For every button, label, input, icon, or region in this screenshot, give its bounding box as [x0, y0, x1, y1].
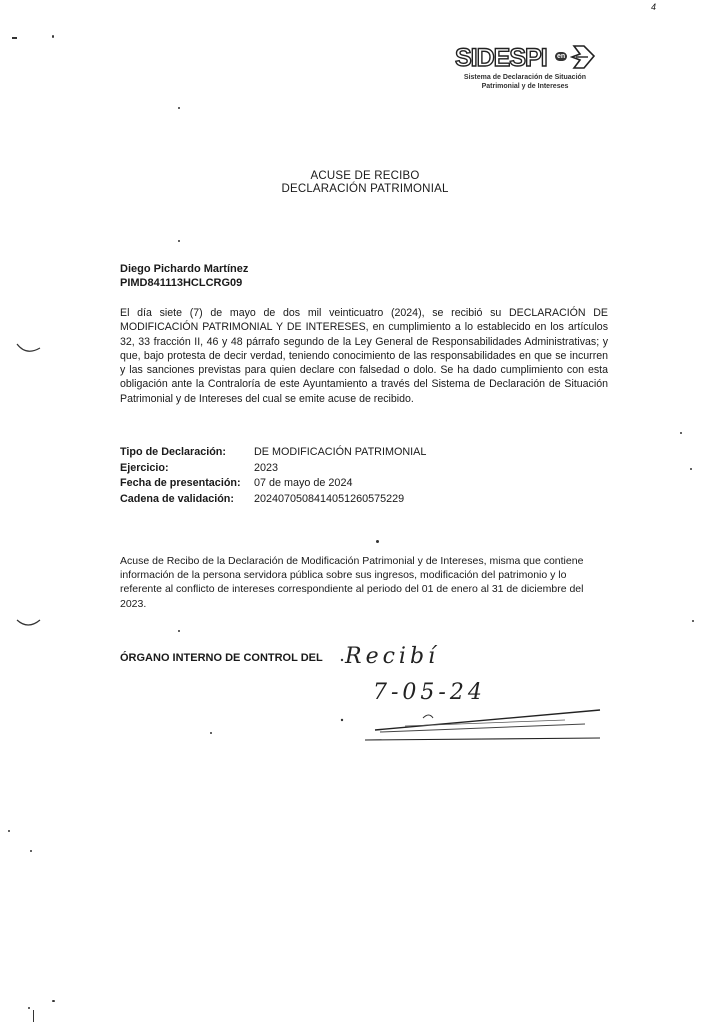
logo-text: SIDESPI [455, 44, 547, 72]
field-label: Ejercicio: [120, 461, 254, 477]
declarant-name: Diego Pichardo Martínez [120, 262, 248, 276]
logo-subtitle-line1: Sistema de Declaración de Situación [455, 73, 595, 82]
scan-speck [210, 732, 212, 734]
scan-speck [52, 1000, 55, 1002]
page-marker: 4 [651, 2, 656, 12]
scan-speck [33, 1010, 34, 1022]
logo-subtitle: Sistema de Declaración de Situación Patr… [455, 73, 595, 91]
logo-arrow-icon [570, 42, 598, 72]
field-row-tipo: Tipo de Declaración: DE MODIFICACIÓN PAT… [120, 445, 426, 461]
field-row-fecha: Fecha de presentación: 07 de mayo de 202… [120, 476, 426, 492]
document-title: ACUSE DE RECIBO DECLARACIÓN PATRIMONIAL [240, 170, 490, 196]
logo-badge: en [555, 52, 567, 61]
declarant-rfc: PIMD841113HCLCRG09 [120, 276, 248, 290]
scan-speck [692, 620, 694, 622]
logo-wordmark: SIDESPI [455, 44, 547, 73]
binding-hole-mark [14, 340, 44, 360]
scan-speck [178, 107, 180, 109]
scan-speck [8, 830, 10, 832]
scan-speck [376, 540, 379, 543]
scan-speck [680, 432, 682, 434]
scan-speck [178, 240, 180, 242]
sidespi-logo: SIDESPI en Sistema de Declaración de Sit… [455, 44, 605, 94]
title-line2: DECLARACIÓN PATRIMONIAL [240, 183, 490, 196]
field-value: 07 de mayo de 2024 [254, 476, 352, 492]
scan-speck [52, 35, 54, 38]
field-value: 20240705084140512605752​29 [254, 492, 404, 508]
field-label: Fecha de presentación: [120, 476, 254, 492]
scan-speck [690, 468, 692, 470]
declarant-block: Diego Pichardo Martínez PIMD841113HCLCRG… [120, 262, 248, 290]
scan-speck [28, 1007, 30, 1009]
field-label: Tipo de Declaración: [120, 445, 254, 461]
field-label: Cadena de validación: [120, 492, 254, 508]
closing-paragraph: Acuse de Recibo de la Declaración de Mod… [120, 554, 610, 611]
signature-underline [335, 640, 615, 750]
body-paragraph: El día siete (7) de mayo de dos mil vein… [120, 306, 608, 406]
field-value: DE MODIFICACIÓN PATRIMONIAL [254, 445, 426, 461]
field-row-cadena: Cadena de validación: 202407050841405126… [120, 492, 426, 508]
field-row-ejercicio: Ejercicio: 2023 [120, 461, 426, 477]
handwritten-receipt: Recibí 7-05-24 [335, 640, 615, 750]
scan-speck [178, 630, 180, 632]
declaration-fields: Tipo de Declaración: DE MODIFICACIÓN PAT… [120, 445, 426, 508]
logo-subtitle-line2: Patrimonial y de Intereses [455, 82, 595, 91]
field-value: 2023 [254, 461, 278, 477]
signature-label: ÓRGANO INTERNO DE CONTROL DEL [120, 652, 323, 664]
binding-hole-mark [14, 614, 44, 634]
scan-speck [30, 850, 32, 852]
scan-speck [12, 37, 17, 39]
title-line1: ACUSE DE RECIBO [240, 170, 490, 183]
